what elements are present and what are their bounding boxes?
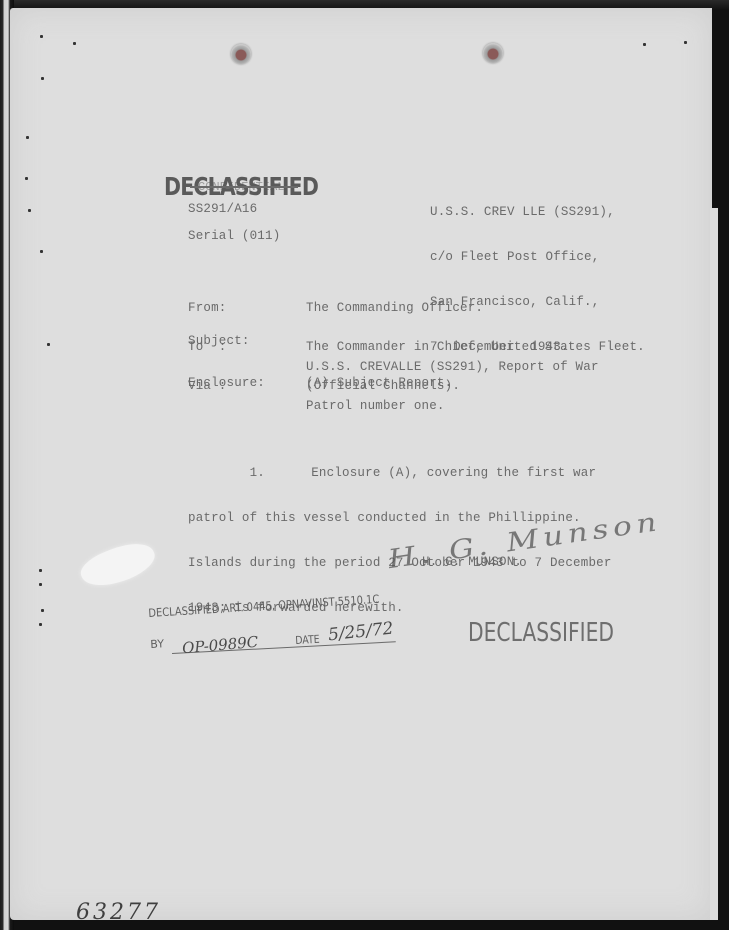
declassified-date-label: DATE (295, 633, 320, 647)
from-value: The Commanding Officer. (306, 302, 645, 315)
serial-number: Serial (011) (188, 230, 280, 243)
punch-hole-left (231, 44, 251, 64)
scan-speck (41, 609, 44, 612)
body-line: 1. Enclosure (A), covering the first war (188, 466, 612, 481)
typed-signatory-name: H. G. MUNSON. (422, 556, 522, 569)
subject-line: Patrol number one. (306, 400, 599, 413)
from-label: From: (188, 302, 227, 315)
scan-speck (40, 250, 43, 253)
subject-label: Subject: (188, 335, 250, 348)
scan-speck (26, 136, 29, 139)
strikethrough-line (190, 186, 298, 188)
scan-speck (47, 343, 50, 346)
scan-speck (643, 43, 646, 46)
subject-line: U.S.S. CREVALLE (SS291), Report of War (306, 361, 599, 374)
file-code: SS291/A16 (188, 203, 257, 216)
scan-speck (40, 35, 43, 38)
scan-speck (25, 177, 28, 180)
archive-number: 63277 (76, 900, 161, 925)
punch-hole-right (483, 43, 503, 63)
scan-speck (28, 209, 31, 212)
address-line: U.S.S. CREV LLE (SS291), (430, 205, 615, 220)
scan-speck (73, 42, 76, 45)
scan-speck (39, 623, 42, 626)
declassified-by-label: BY (150, 637, 164, 651)
document-page: CONFIDENTIAL DECLASSIFIED SS291/A16 Seri… (10, 8, 712, 920)
scan-speck (39, 583, 42, 586)
enclosure-value: (A) Subject Report. (306, 377, 452, 390)
scan-speck (39, 569, 42, 572)
paper-blemish (76, 535, 159, 595)
scan-speck (684, 41, 687, 44)
scan-speck (41, 77, 44, 80)
declassified-stamp: DECLASSIFIED (468, 618, 614, 648)
address-line: c/o Fleet Post Office, (430, 250, 615, 265)
enclosure-label: Enclosure: (188, 377, 265, 390)
